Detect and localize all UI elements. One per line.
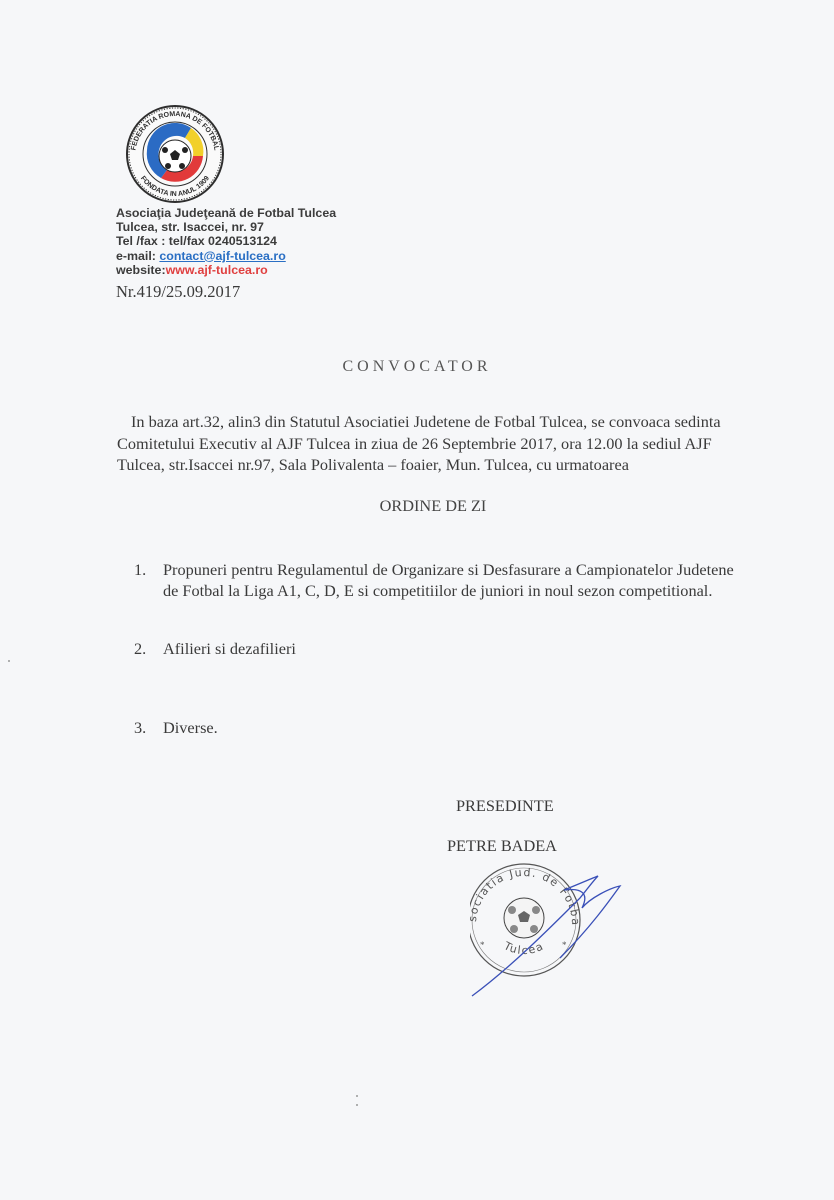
organization-info: Asociaţia Judeţeană de Fotbal Tulcea Tul… xyxy=(116,206,336,277)
paragraph-line: In baza art.32, alin3 din Statutul Asoci… xyxy=(117,411,817,433)
svg-text:*: * xyxy=(480,940,485,950)
scan-speck xyxy=(8,660,10,662)
email-label: e-mail: xyxy=(116,249,159,263)
paragraph-line: Comitetului Executiv al AJF Tulcea in zi… xyxy=(117,433,817,455)
scan-speck xyxy=(356,1095,358,1097)
signatory-name: PETRE BADEA xyxy=(447,836,557,856)
org-website-line: website:www.ajf-tulcea.ro xyxy=(116,263,336,277)
paragraph-line: Tulcea, str.Isaccei nr.97, Sala Polivale… xyxy=(117,454,817,476)
agenda-item-number: 2. xyxy=(134,638,163,659)
agenda-item-text: Propuneri pentru Regulamentul de Organiz… xyxy=(163,559,734,580)
association-stamp-icon: Asociatia Jud. de Fotbal Tulcea * * xyxy=(470,858,650,998)
org-name: Asociaţia Judeţeană de Fotbal Tulcea xyxy=(116,206,336,220)
agenda-item: 3. Diverse. xyxy=(134,717,218,738)
org-address: Tulcea, str. Isaccei, nr. 97 xyxy=(116,220,336,234)
handwritten-signature-icon xyxy=(472,876,620,996)
agenda-item: 1. Propuneri pentru Regulamentul de Orga… xyxy=(134,559,734,601)
org-phone: Tel /fax : tel/fax 0240513124 xyxy=(116,234,336,248)
document-number: Nr.419/25.09.2017 xyxy=(116,282,240,302)
org-email-line: e-mail: contact@ajf-tulcea.ro xyxy=(116,249,336,263)
website-link[interactable]: www.ajf-tulcea.ro xyxy=(166,263,268,277)
document-title: CONVOCATOR xyxy=(0,358,834,376)
document-page: FEDERATIA ROMANA DE FOTBAL FONDATA IN AN… xyxy=(0,0,834,1200)
agenda-item: 2. Afilieri si dezafilieri xyxy=(134,638,296,659)
agenda-title: ORDINE DE ZI xyxy=(0,496,834,516)
email-link[interactable]: contact@ajf-tulcea.ro xyxy=(159,249,285,263)
agenda-item-number: 1. xyxy=(134,559,163,601)
svg-text:*: * xyxy=(562,940,567,950)
agenda-item-text: Diverse. xyxy=(163,717,218,738)
signatory-role: PRESEDINTE xyxy=(456,796,554,816)
agenda-item-text: de Fotbal la Liga A1, C, D, E si competi… xyxy=(163,580,734,601)
convocation-paragraph: In baza art.32, alin3 din Statutul Asoci… xyxy=(117,411,817,476)
scan-speck xyxy=(356,1104,358,1106)
agenda-item-text: Afilieri si dezafilieri xyxy=(163,638,296,659)
svg-text:Tulcea: Tulcea xyxy=(501,939,546,957)
frf-logo-icon: FEDERATIA ROMANA DE FOTBAL FONDATA IN AN… xyxy=(121,104,229,204)
website-label: website: xyxy=(116,263,166,277)
agenda-item-number: 3. xyxy=(134,717,163,738)
